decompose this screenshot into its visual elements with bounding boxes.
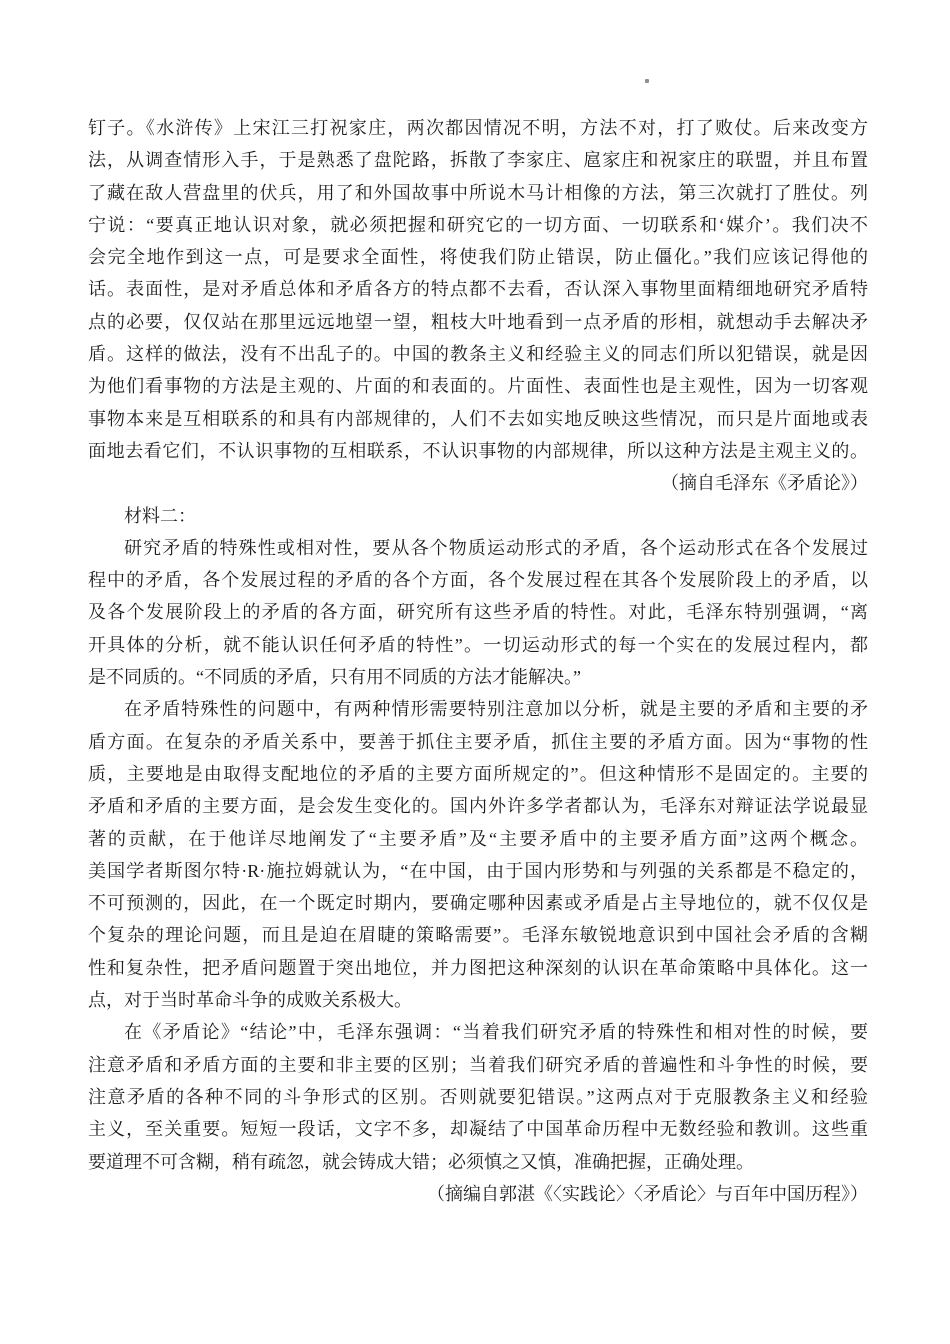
text-line: 程中的矛盾，各个发展过程的矛盾的各个方面，各个发展过程在其各个发展阶段上的矛盾，… xyxy=(88,564,868,596)
text-line: 宁说：“要真正地认识对象，就必须把握和研究它的一切方面、一切联系和‘媒介’。我们… xyxy=(88,209,868,241)
text-line: 事物本来是互相联系的和具有内部规律的，人们不去如实地反映这些情况，而只是片面地或… xyxy=(88,403,868,435)
stray-dot xyxy=(645,79,649,83)
text-line: 及各个发展阶段上的矛盾的各方面，研究所有这些矛盾的特性。对此，毛泽东特别强调，“… xyxy=(88,596,868,628)
text-line: （摘自毛泽东《矛盾论》） xyxy=(88,467,868,499)
text-line: 是不同质的。“不同质的矛盾，只有用不同质的方法才能解决。” xyxy=(88,661,868,693)
material-2-attribution: （摘编自郭湛《〈实践论〉〈矛盾论〉与百年中国历程》） xyxy=(88,1178,868,1210)
document-body: 钉子。《水浒传》上宋江三打祝家庄，两次都因情况不明，方法不对，打了败仗。后来改变… xyxy=(88,112,868,1210)
text-line: 材料二： xyxy=(88,500,868,532)
material-2-paragraph-2: 在矛盾特殊性的问题中，有两种情形需要特别注意加以分析，就是主要的矛盾和主要的矛盾… xyxy=(88,693,868,1016)
text-line: 要道理不可含糊，稍有疏忽，就会铸成大错；必须慎之又慎，准确把握，正确处理。 xyxy=(88,1146,868,1178)
material-2-paragraph-1: 研究矛盾的特殊性或相对性，要从各个物质运动形式的矛盾，各个运动形式在各个发展过程… xyxy=(88,532,868,693)
text-line: 在《矛盾论》“结论”中，毛泽东强调：“当着我们研究矛盾的特殊性和相对性的时候，要 xyxy=(88,1016,868,1048)
material-2-heading: 材料二： xyxy=(88,500,868,532)
text-line: 法，从调查情形入手，于是熟悉了盘陀路，拆散了李家庄、扈家庄和祝家庄的联盟，并且布… xyxy=(88,144,868,176)
text-line: 不可预测的，因此，在一个既定时期内，要确定哪种因素或矛盾是占主导地位的，就不仅仅… xyxy=(88,887,868,919)
material-2-paragraph-3: 在《矛盾论》“结论”中，毛泽东强调：“当着我们研究矛盾的特殊性和相对性的时候，要… xyxy=(88,1016,868,1177)
material-1-continuation-paragraph: 钉子。《水浒传》上宋江三打祝家庄，两次都因情况不明，方法不对，打了败仗。后来改变… xyxy=(88,112,868,467)
text-line: 质，主要地是由取得支配地位的矛盾的主要方面所规定的”。但这种情形不是固定的。主要… xyxy=(88,758,868,790)
text-line: 个复杂的理论问题，而且是迫在眉睫的策略需要”。毛泽东敏锐地意识到中国社会矛盾的含… xyxy=(88,919,868,951)
text-line: 著的贡献，在于他详尽地阐发了“主要矛盾”及“主要矛盾中的主要矛盾方面”这两个概念… xyxy=(88,823,868,855)
text-line: 开具体的分析，就不能认识任何矛盾的特性”。一切运动形式的每一个实在的发展过程内，… xyxy=(88,629,868,661)
text-line: 盾方面。在复杂的矛盾关系中，要善于抓住主要矛盾，抓住主要的矛盾方面。因为“事物的… xyxy=(88,726,868,758)
text-line: 为他们看事物的方法是主观的、片面的和表面的。片面性、表面性也是主观性，因为一切客… xyxy=(88,370,868,402)
page: { "page": { "background": "#ffffff", "te… xyxy=(0,0,950,1344)
text-line: 注意矛盾的各种不同的斗争形式的区别。否则就要犯错误。”这两点对于克服教条主义和经… xyxy=(88,1081,868,1113)
text-line: 会完全地作到这一点，可是要求全面性，将使我们防止错误，防止僵化。”我们应该记得他… xyxy=(88,241,868,273)
text-line: 矛盾和矛盾的主要方面，是会发生变化的。国内外许多学者都认为，毛泽东对辩证法学说最… xyxy=(88,790,868,822)
text-line: 性和复杂性，把矛盾问题置于突出地位，并力图把这种深刻的认识在革命策略中具体化。这… xyxy=(88,952,868,984)
text-line: 点的必要，仅仅站在那里远远地望一望，粗枝大叶地看到一点矛盾的形相，就想动手去解决… xyxy=(88,306,868,338)
text-line: 在矛盾特殊性的问题中，有两种情形需要特别注意加以分析，就是主要的矛盾和主要的矛 xyxy=(88,693,868,725)
text-line: 盾。这样的做法，没有不出乱子的。中国的教条主义和经验主义的同志们所以犯错误，就是… xyxy=(88,338,868,370)
text-line: 面地去看它们，不认识事物的互相联系，不认识事物的内部规律，所以这种方法是主观主义… xyxy=(88,435,868,467)
text-line: 话。表面性，是对矛盾总体和矛盾各方的特点都不去看，否认深入事物里面精细地研究矛盾… xyxy=(88,273,868,305)
text-line: 研究矛盾的特殊性或相对性，要从各个物质运动形式的矛盾，各个运动形式在各个发展过 xyxy=(88,532,868,564)
text-line: 了藏在敌人营盘里的伏兵，用了和外国故事中所说木马计相像的方法，第三次就打了胜仗。… xyxy=(88,177,868,209)
text-line: 点，对于当时革命斗争的成败关系极大。 xyxy=(88,984,868,1016)
text-line: 注意矛盾和矛盾方面的主要和非主要的区别；当着我们研究矛盾的普遍性和斗争性的时候，… xyxy=(88,1049,868,1081)
text-line: （摘编自郭湛《〈实践论〉〈矛盾论〉与百年中国历程》） xyxy=(88,1178,868,1210)
text-line: 主义，至关重要。短短一段话，文字不多，却凝结了中国革命历程中无数经验和教训。这些… xyxy=(88,1113,868,1145)
text-line: 美国学者斯图尔特·R·施拉姆就认为，“在中国，由于国内形势和与列强的关系都是不稳… xyxy=(88,855,868,887)
material-1-attribution: （摘自毛泽东《矛盾论》） xyxy=(88,467,868,499)
text-line: 钉子。《水浒传》上宋江三打祝家庄，两次都因情况不明，方法不对，打了败仗。后来改变… xyxy=(88,112,868,144)
